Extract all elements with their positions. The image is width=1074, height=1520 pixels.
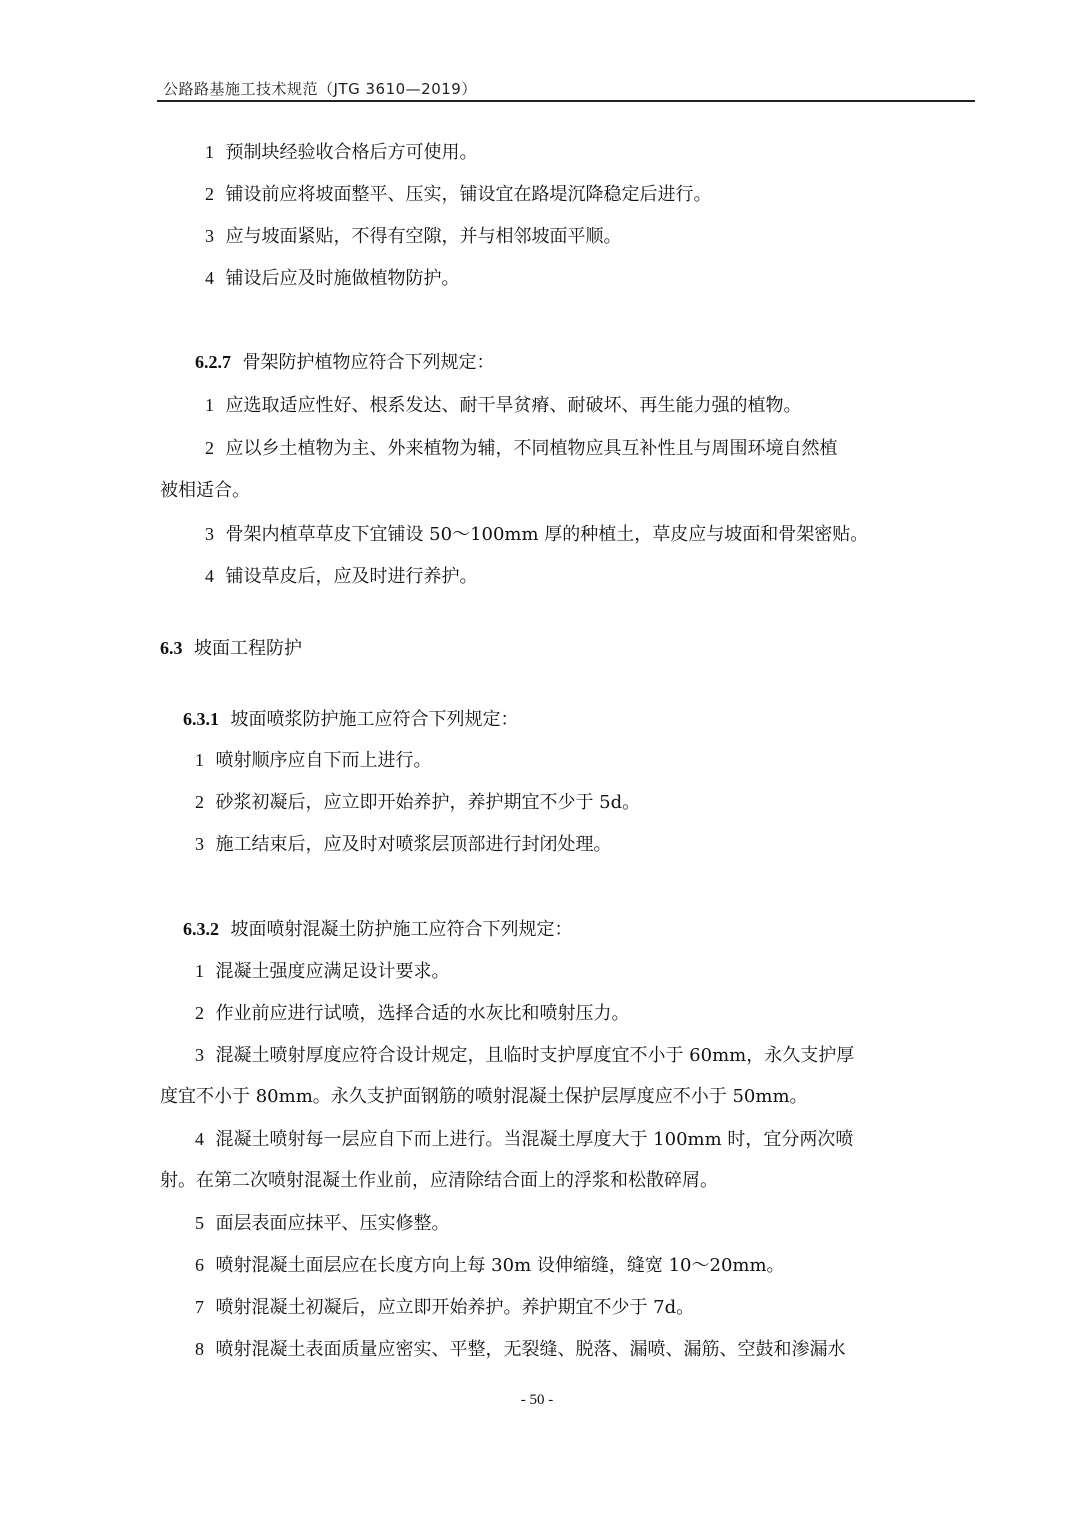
list-item: 1 应选取适应性好、根系发达、耐干旱贫瘠、耐破坏、再生能力强的植物。 — [205, 393, 801, 418]
list-item: 2 砂浆初凝后，应立即开始养护，养护期宜不少于 5d。 — [195, 790, 640, 815]
list-item: 6 喷射混凝土面层应在长度方向上每 30m 设伸缩缝，缝宽 10～20mm。 — [195, 1253, 785, 1278]
list-item: 2 作业前应进行试喷，选择合适的水灰比和喷射压力。 — [195, 1001, 629, 1026]
list-item: 3 施工结束后，应及时对喷浆层顶部进行封闭处理。 — [195, 832, 611, 857]
list-item: 4 混凝土喷射每一层应自下而上进行。当混凝土厚度大于 100mm 时，宜分两次喷 — [195, 1127, 853, 1152]
list-item: 1 预制块经验收合格后方可使用。 — [205, 140, 477, 165]
list-item: 2 铺设前应将坡面整平、压实，铺设宜在路堤沉降稳定后进行。 — [205, 182, 711, 207]
clause-heading: 6.3.2 坡面喷射混凝土防护施工应符合下列规定： — [183, 917, 572, 942]
list-item-continuation: 射。在第二次喷射混凝土作业前，应清除结合面上的浮浆和松散碎屑。 — [160, 1169, 718, 1193]
list-item-continuation: 度宜不小于 80mm。永久支护面钢筋的喷射混凝土保护层厚度应不小于 50mm。 — [160, 1085, 808, 1109]
list-item: 5 面层表面应抹平、压实修整。 — [195, 1211, 449, 1236]
clause-heading: 6.2.7 骨架防护植物应符合下列规定： — [195, 350, 494, 375]
list-item: 3 骨架内植草草皮下宜铺设 50～100mm 厚的种植土，草皮应与坡面和骨架密贴… — [205, 522, 868, 547]
list-item: 7 喷射混凝土初凝后，应立即开始养护。养护期宜不少于 7d。 — [195, 1295, 694, 1320]
list-item: 8 喷射混凝土表面质量应密实、平整，无裂缝、脱落、漏喷、漏筋、空鼓和渗漏水 — [195, 1337, 845, 1362]
list-item: 1 混凝土强度应满足设计要求。 — [195, 959, 449, 984]
list-item: 1 喷射顺序应自下而上进行。 — [195, 748, 431, 773]
list-item: 4 铺设后应及时施做植物防护。 — [205, 266, 459, 291]
page-number: - 50 - — [0, 1392, 1074, 1409]
list-item: 3 混凝土喷射厚度应符合设计规定，且临时支护厚度宜不小于 60mm，永久支护厚 — [195, 1043, 854, 1068]
list-item-continuation: 被相适合。 — [160, 479, 250, 503]
section-heading: 6.3 坡面工程防护 — [160, 636, 302, 661]
running-header: 公路路基施工技术规范（JTG 3610—2019） — [163, 78, 477, 99]
list-item: 2 应以乡土植物为主、外来植物为辅，不同植物应具互补性且与周围环境自然植 — [205, 436, 837, 461]
header-rule — [157, 100, 975, 102]
list-item: 3 应与坡面紧贴，不得有空隙，并与相邻坡面平顺。 — [205, 224, 621, 249]
list-item: 4 铺设草皮后，应及时进行养护。 — [205, 564, 477, 589]
clause-heading: 6.3.1 坡面喷浆防护施工应符合下列规定： — [183, 707, 518, 732]
